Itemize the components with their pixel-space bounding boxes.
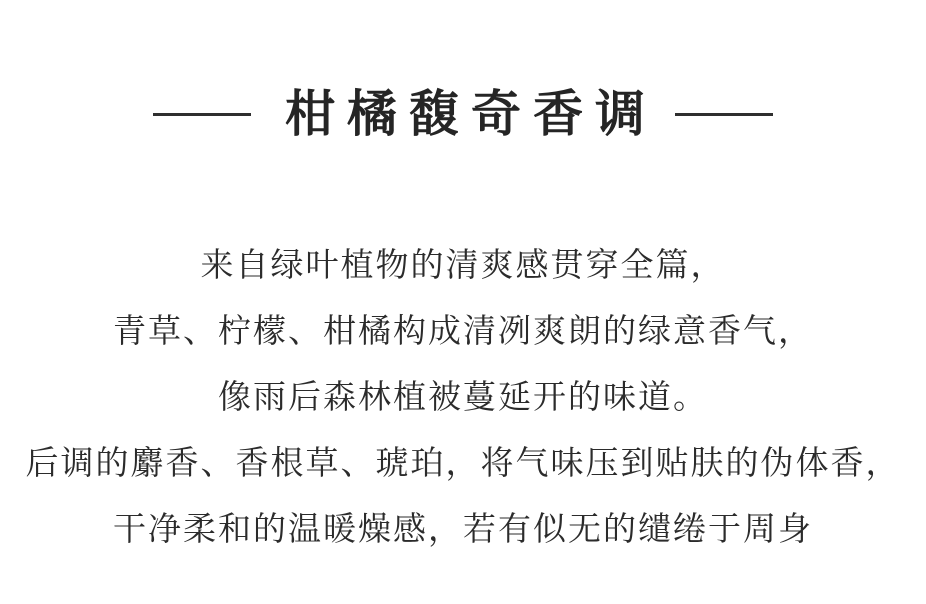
title-rule-right [675, 113, 773, 116]
body-line: 干净柔和的温暖燥感，若有似无的缱绻于周身 [0, 496, 926, 562]
body-line: 像雨后森林植被蔓延开的味道。 [0, 364, 926, 430]
section-title-row: 柑橘馥奇香调 [0, 86, 926, 144]
description-paragraph: 来自绿叶植物的清爽感贯穿全篇， 青草、柠檬、柑橘构成清冽爽朗的绿意香气， 像雨后… [0, 232, 926, 562]
body-line: 来自绿叶植物的清爽感贯穿全篇， [0, 232, 926, 298]
title-rule-left [153, 113, 251, 116]
body-line: 青草、柠檬、柑橘构成清冽爽朗的绿意香气， [0, 298, 926, 364]
body-line: 后调的麝香、香根草、琥珀，将气味压到贴肤的伪体香， [0, 430, 926, 496]
fragrance-description-panel: 柑橘馥奇香调 来自绿叶植物的清爽感贯穿全篇， 青草、柠檬、柑橘构成清冽爽朗的绿意… [0, 0, 926, 604]
page-title: 柑橘馥奇香调 [285, 86, 657, 144]
